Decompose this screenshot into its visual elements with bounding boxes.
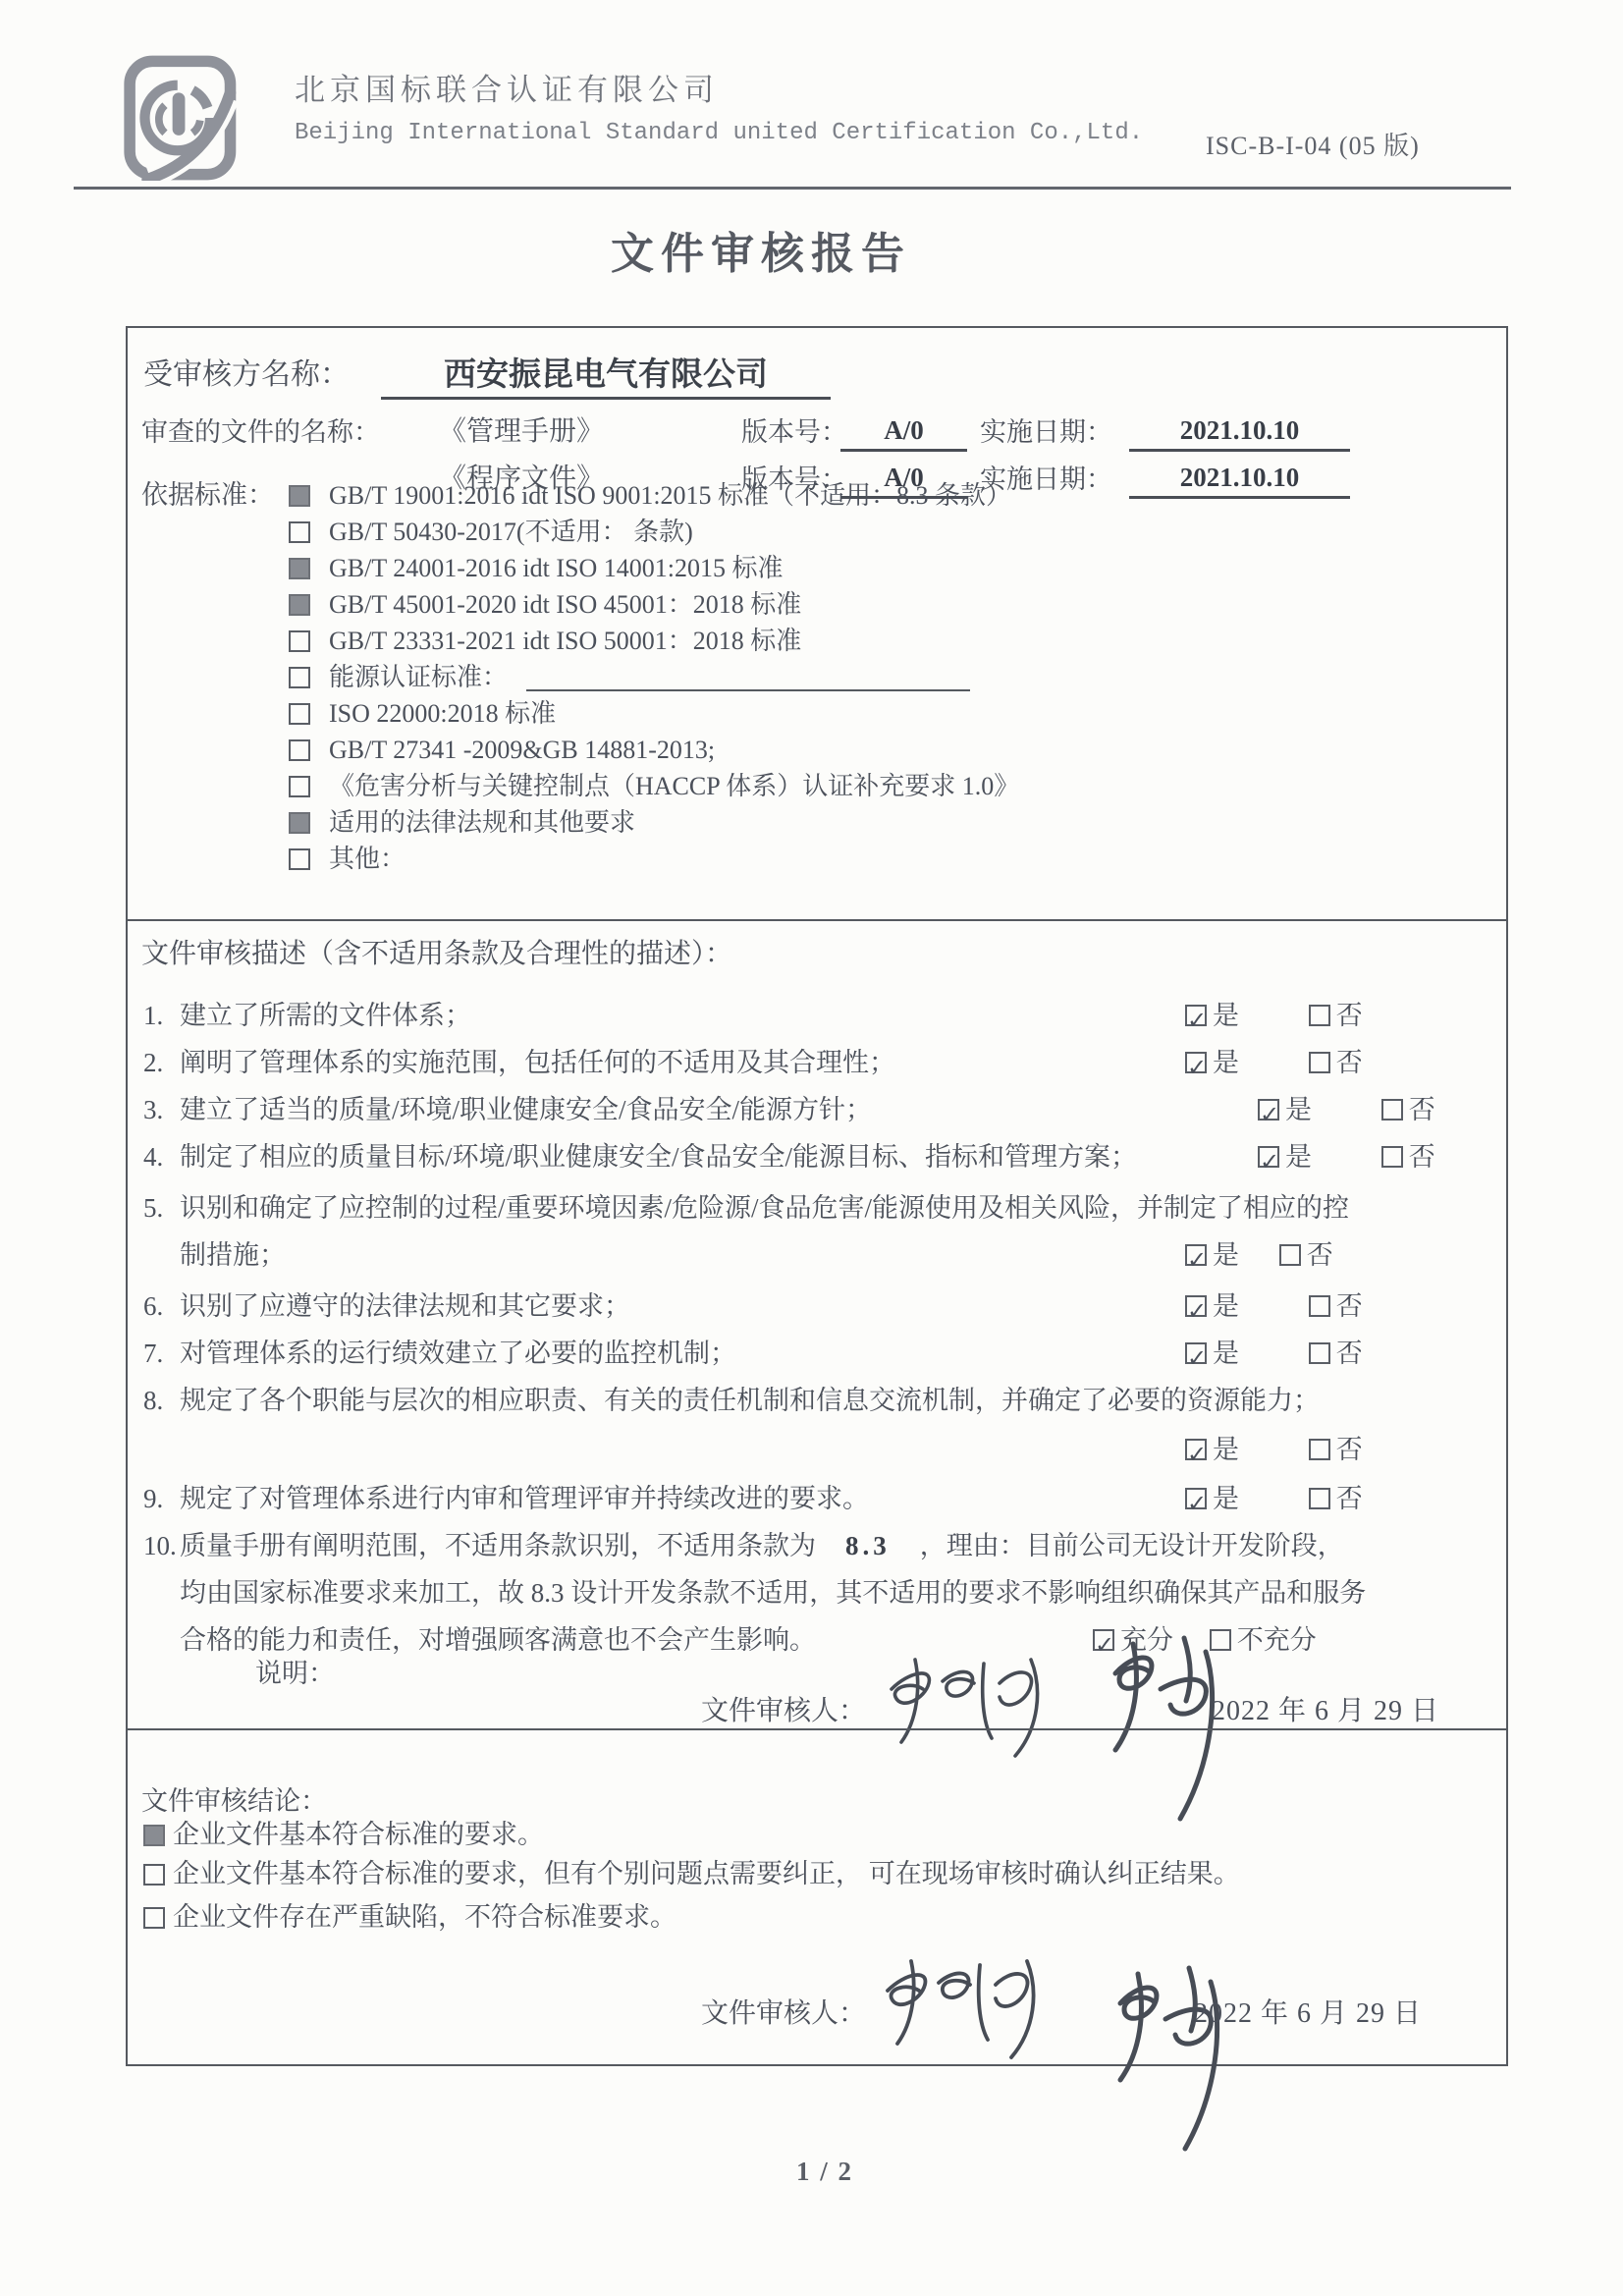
standard-checkbox[interactable]: [289, 776, 310, 797]
reviewer-label: 文件审核人：: [701, 1992, 866, 2031]
item-text: 对管理体系的运行绩效建立了必要的监控机制；: [180, 1334, 736, 1373]
conclusion-option-1: 企业文件基本符合标准的要求。: [128, 1815, 1506, 1854]
conclusion-checkbox[interactable]: [143, 1864, 165, 1886]
yes-no-answer: 是 否: [1185, 1235, 1333, 1277]
standards-list: GB/T 19001:2016 idt ISO 9001:2015 标准（不适用…: [128, 477, 1506, 877]
review-date: 2022 年 6 月 29 日: [1212, 1689, 1439, 1728]
conclusion-text: 企业文件基本符合标准的要求，但有个别问题点需要纠正， 可在现场审核时确认纠正结果…: [173, 1859, 1240, 1888]
standard-text: 《危害分析与关键控制点（HACCP 体系）认证补充要求 1.0》: [329, 768, 1019, 804]
yes-label: 是: [1213, 996, 1239, 1035]
standard-checkbox-checked[interactable]: [289, 485, 310, 507]
yes-checkbox-checked[interactable]: [1258, 1099, 1279, 1121]
company-name-cn: 北京国标联合认证有限公司: [295, 65, 719, 109]
standard-item: 适用的法律法规和其他要求: [289, 804, 1506, 841]
no-label: 否: [1336, 1334, 1363, 1373]
standard-text: GB/T 27341 -2009&GB 14881-2013;: [329, 732, 715, 768]
yes-label: 是: [1213, 1043, 1239, 1082]
standard-item: 《危害分析与关键控制点（HACCP 体系）认证补充要求 1.0》: [289, 768, 1506, 804]
conclusion-section: 文件审核结论： 企业文件基本符合标准的要求。 企业文件基本符合标准的要求，但有个…: [126, 1728, 1508, 2066]
conclusion-text: 企业文件基本符合标准的要求。: [173, 1820, 544, 1849]
yes-no-answer: 是 否: [1185, 1334, 1363, 1375]
standard-text: GB/T 45001-2020 idt ISO 45001：2018 标准: [329, 586, 801, 623]
standard-item: GB/T 23331-2021 idt ISO 50001：2018 标准: [289, 623, 1506, 659]
item-text: 建立了所需的文件体系；: [180, 996, 471, 1035]
yes-checkbox-checked[interactable]: [1185, 1295, 1207, 1317]
standards-label: 依据标准：: [141, 477, 274, 514]
standard-text: 其他：: [329, 841, 406, 877]
header-divider: [74, 187, 1511, 190]
note-label: 说明：: [255, 1654, 335, 1693]
certification-logo-icon: [114, 55, 261, 181]
no-label: 否: [1336, 996, 1363, 1035]
item-text: 制措施；: [180, 1235, 286, 1275]
item-text: 质量手册有阐明范围，不适用条款识别，不适用条款为8.3，理由：目前公司无设计开发…: [180, 1526, 1344, 1565]
standard-checkbox[interactable]: [289, 667, 310, 688]
item-text: 均由国家标准要求来加工，故 8.3 设计开发条款不适用，其不适用的要求不影响组织…: [180, 1573, 1366, 1613]
item-text: 阐明了管理体系的实施范围，包括任何的不适用及其合理性；: [180, 1043, 895, 1082]
yes-label: 是: [1213, 1479, 1239, 1518]
yes-label: 是: [1213, 1334, 1239, 1373]
no-label: 否: [1336, 1430, 1363, 1469]
conclusion-option-2: 企业文件基本符合标准的要求，但有个别问题点需要纠正， 可在现场审核时确认纠正结果…: [128, 1854, 1506, 1893]
yes-checkbox-checked[interactable]: [1258, 1146, 1279, 1168]
standard-checkbox[interactable]: [289, 703, 310, 725]
no-checkbox[interactable]: [1309, 1052, 1330, 1073]
yes-label: 是: [1213, 1235, 1239, 1275]
yes-checkbox-checked[interactable]: [1185, 1244, 1207, 1266]
yes-label: 是: [1285, 1137, 1312, 1176]
date-label: 实施日期：: [980, 412, 1112, 452]
item-number: 7.: [143, 1334, 163, 1373]
item-number: 9.: [143, 1479, 163, 1518]
yes-checkbox-checked[interactable]: [1185, 1005, 1207, 1026]
yes-no-answer: 是 否: [1258, 1090, 1435, 1131]
standard-text: ISO 22000:2018 标准: [329, 695, 556, 732]
item-text: 识别和确定了应控制的过程/重要环境因素/危险源/食品危害/能源使用及相关风险，并…: [180, 1188, 1349, 1228]
standard-text: GB/T 24001-2016 idt ISO 14001:2015 标准: [329, 550, 783, 586]
yes-label: 是: [1213, 1430, 1239, 1469]
standard-checkbox[interactable]: [289, 630, 310, 652]
standard-item: GB/T 27341 -2009&GB 14881-2013;: [289, 732, 1506, 768]
clause-field[interactable]: 8.3: [845, 1531, 891, 1560]
standard-item: GB/T 45001-2020 idt ISO 45001：2018 标准: [289, 586, 1506, 623]
no-label: 否: [1409, 1137, 1435, 1176]
standard-text: GB/T 23331-2021 idt ISO 50001：2018 标准: [329, 623, 801, 659]
yes-checkbox-checked[interactable]: [1185, 1439, 1207, 1460]
item-text: 规定了各个职能与层次的相应职责、有关的责任机制和信息交流机制，并确定了必要的资源…: [180, 1381, 1320, 1420]
standard-checkbox-checked[interactable]: [289, 812, 310, 834]
item-text: 识别了应遵守的法律法规和其它要求；: [180, 1286, 630, 1326]
company-name-en: Beijing International Standard united Ce…: [295, 120, 1143, 146]
no-checkbox[interactable]: [1381, 1146, 1403, 1168]
standard-item: 能源认证标准：: [289, 659, 1506, 695]
no-checkbox[interactable]: [1381, 1099, 1403, 1121]
standard-text: 适用的法律法规和其他要求: [329, 804, 635, 841]
standard-item: ISO 22000:2018 标准: [289, 695, 1506, 732]
review-date: 2022 年 6 月 29 日: [1194, 1992, 1422, 2031]
yes-no-answer: 是 否: [1258, 1137, 1435, 1178]
standard-item: 其他：: [289, 841, 1506, 877]
standard-checkbox-checked[interactable]: [289, 594, 310, 616]
standard-text: 能源认证标准：: [329, 659, 508, 695]
basic-info-section: 受审核方名称： 西安振昆电气有限公司 审查的文件的名称： 《管理手册》 版本号：…: [126, 326, 1508, 921]
standard-text: GB/T 50430-2017(不适用： 条款): [329, 514, 693, 550]
no-checkbox[interactable]: [1309, 1295, 1330, 1317]
item-number: 6.: [143, 1286, 163, 1326]
form-code: ISC-B-I-04 (05 版): [1206, 126, 1420, 162]
yes-no-answer: 是 否: [1185, 996, 1363, 1037]
yes-no-answer: 是 否: [1185, 1043, 1363, 1084]
item-number: 5.: [143, 1188, 163, 1228]
yes-label: 是: [1213, 1286, 1239, 1326]
auditee-name-field[interactable]: 西安振昆电气有限公司: [381, 355, 831, 400]
review-description-section: 文件审核描述（含不适用条款及合理性的描述）： 1. 建立了所需的文件体系； 是 …: [126, 919, 1508, 1730]
no-checkbox[interactable]: [1309, 1439, 1330, 1460]
item-number: 3.: [143, 1090, 163, 1129]
conclusion-text: 企业文件存在严重缺陷，不符合标准要求。: [173, 1902, 676, 1932]
yes-no-answer: 是 否: [1185, 1286, 1363, 1328]
standard-checkbox[interactable]: [289, 848, 310, 870]
no-label: 否: [1336, 1043, 1363, 1082]
energy-standard-blank-field[interactable]: [526, 664, 970, 691]
reviewer-label: 文件审核人：: [701, 1689, 866, 1728]
documents-label: 审查的文件的名称：: [141, 412, 380, 452]
standard-item: GB/T 50430-2017(不适用： 条款): [289, 514, 1506, 550]
reviewer-signature-1: [874, 1935, 1070, 2082]
no-label: 否: [1336, 1286, 1363, 1326]
document-page: 北京国标联合认证有限公司 Beijing International Stand…: [0, 0, 1623, 2296]
no-checkbox[interactable]: [1309, 1342, 1330, 1364]
no-label: 否: [1409, 1090, 1435, 1129]
yes-checkbox-checked[interactable]: [1185, 1052, 1207, 1073]
document-name: 《管理手册》: [439, 412, 604, 452]
date-field[interactable]: 2021.10.10: [1129, 412, 1350, 452]
standard-item: GB/T 19001:2016 idt ISO 9001:2015 标准（不适用…: [289, 477, 1506, 514]
yes-no-answer: 是 否: [1185, 1479, 1363, 1520]
no-checkbox[interactable]: [1279, 1244, 1301, 1266]
standard-item: GB/T 24001-2016 idt ISO 14001:2015 标准: [289, 550, 1506, 586]
conclusion-checkbox[interactable]: [143, 1907, 165, 1929]
standard-checkbox[interactable]: [289, 739, 310, 761]
no-label: 否: [1336, 1479, 1363, 1518]
item-number: 1.: [143, 996, 163, 1035]
reviewer-signature-2: [1095, 1954, 1262, 2160]
item-number: 8.: [143, 1381, 163, 1420]
version-label: 版本号：: [741, 412, 847, 452]
conclusion-signature-row: 文件审核人： 20: [128, 1992, 1506, 2037]
auditee-label: 受审核方名称：: [143, 355, 350, 395]
yes-label: 是: [1285, 1090, 1312, 1129]
yes-checkbox-checked[interactable]: [1185, 1488, 1207, 1509]
yes-no-answer: 是 否: [1185, 1430, 1363, 1471]
no-checkbox[interactable]: [1309, 1488, 1330, 1509]
page-number: 1 / 2: [0, 2157, 1623, 2187]
standard-text: GB/T 19001:2016 idt ISO 9001:2015 标准（不适用…: [329, 477, 1011, 514]
conclusion-checkbox-checked[interactable]: [143, 1825, 165, 1846]
item-number: 2.: [143, 1043, 163, 1082]
yes-checkbox-checked[interactable]: [1185, 1342, 1207, 1364]
item-number: 10.: [143, 1526, 177, 1565]
no-checkbox[interactable]: [1309, 1005, 1330, 1026]
version-field[interactable]: A/0: [840, 412, 967, 452]
standard-checkbox-checked[interactable]: [289, 558, 310, 579]
item-text: 制定了相应的质量目标/环境/职业健康安全/食品安全/能源目标、指标和管理方案；: [180, 1137, 1137, 1176]
item-text: 规定了对管理体系进行内审和管理评审并持续改进的要求。: [180, 1479, 869, 1518]
item-text: 建立了适当的质量/环境/职业健康安全/食品安全/能源方针；: [180, 1090, 872, 1129]
page-title: 文件审核报告: [0, 218, 1522, 281]
item-number: 4.: [143, 1137, 163, 1176]
conclusion-option-3: 企业文件存在严重缺陷，不符合标准要求。: [128, 1897, 1506, 1937]
no-label: 否: [1307, 1235, 1333, 1275]
standards-block: 依据标准： GB/T 19001:2016 idt ISO 9001:2015 …: [128, 477, 1506, 877]
standard-checkbox[interactable]: [289, 521, 310, 543]
